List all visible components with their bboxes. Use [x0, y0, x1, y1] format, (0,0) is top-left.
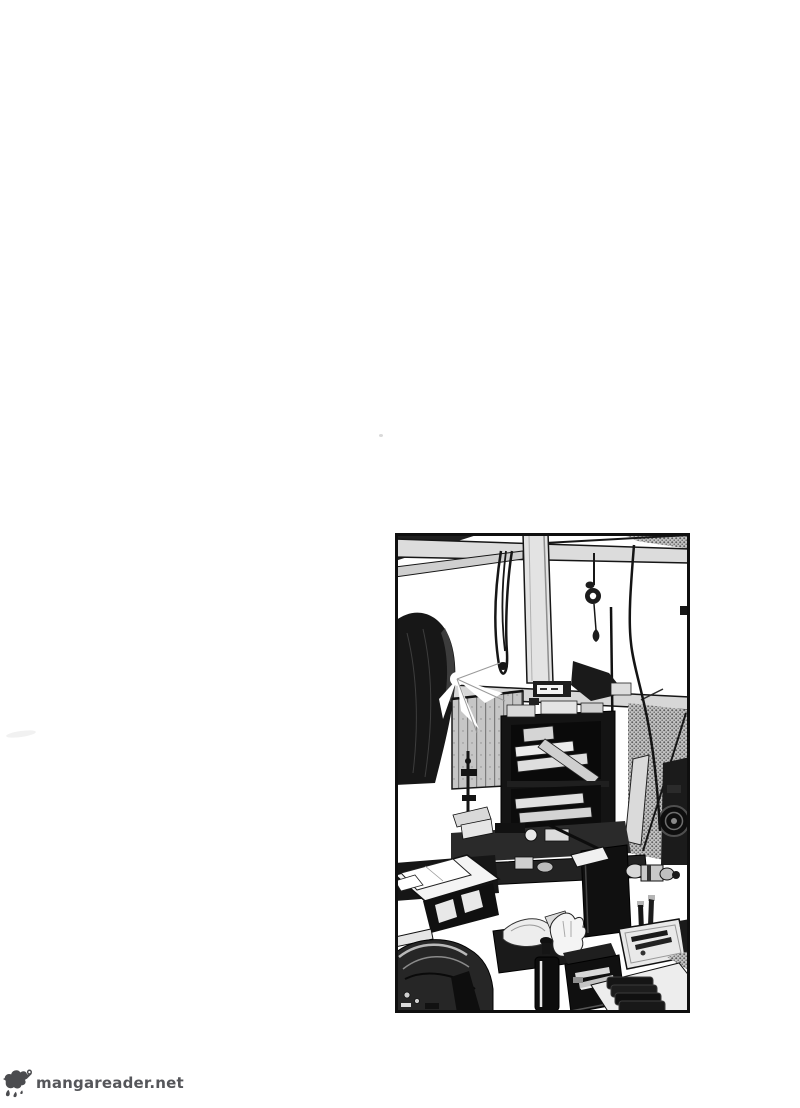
- manga-page: mangareader.net: [0, 0, 800, 1108]
- watermark-text: mangareader.net: [36, 1074, 184, 1092]
- scan-artifact-dot: [379, 434, 383, 437]
- center-post: [523, 533, 553, 683]
- manga-panel-image[interactable]: [395, 533, 690, 1013]
- scan-artifact-smudge: [6, 729, 37, 739]
- mangareader-logo-icon: [3, 1068, 34, 1099]
- hand-wheel-machine: [659, 757, 690, 865]
- site-watermark: mangareader.net: [3, 1063, 184, 1103]
